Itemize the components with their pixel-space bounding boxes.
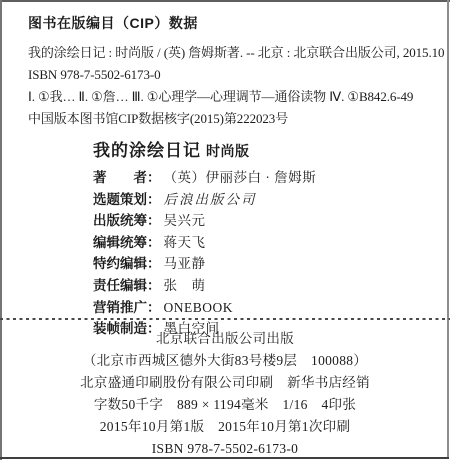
info-row-special-editor: 特约编辑： 马亚静: [93, 253, 316, 275]
info-label: 营销推广：: [93, 297, 161, 319]
info-label: 特约编辑：: [93, 253, 161, 275]
imprint-edition: 2015年10月第1版 2015年10月第1次印刷: [0, 416, 450, 438]
info-row-marketing: 营销推广： ONEBOOK: [93, 297, 316, 319]
cip-line-record-number: 中国版本图书馆CIP数据核字(2015)第222023号: [28, 108, 444, 130]
imprint-specs: 字数50千字 889 × 1194毫米 1/16 4印张: [0, 394, 450, 416]
info-row-planning: 选题策划： 后浪出版公司: [93, 189, 316, 211]
info-value: （英）伊丽莎白 · 詹姆斯: [164, 167, 317, 189]
dashed-separator: [0, 318, 450, 320]
imprint-block: 北京联合出版公司出版 （北京市西城区德外大街83号楼9层 100088） 北京盛…: [0, 328, 450, 460]
info-label: 选题策划：: [93, 189, 161, 211]
info-value: 蒋天飞: [164, 232, 206, 254]
imprint-address: （北京市西城区德外大街83号楼9层 100088）: [0, 350, 450, 372]
scan-frame-top: [0, 0, 450, 2]
book-subtitle: 时尚版: [206, 143, 250, 159]
book-title-line: 我的涂绘日记时尚版: [93, 136, 316, 161]
info-value: 马亚静: [164, 253, 206, 275]
info-label: 著 者：: [93, 167, 161, 189]
info-row-editing-coordinator: 编辑统筹： 蒋天飞: [93, 232, 316, 254]
imprint-printer-distributor: 北京盛通印刷股份有限公司印刷 新华书店经销: [0, 372, 450, 394]
info-label: 出版统筹：: [93, 210, 161, 232]
cip-line-classification: Ⅰ. ①我… Ⅱ. ①詹… Ⅲ. ①心理学—心理调节—通俗读物 Ⅳ. ①B842…: [28, 86, 444, 108]
copyright-page: 图书在版编目（CIP）数据 我的涂绘日记 : 时尚版 / (英) 詹姆斯著. -…: [0, 0, 450, 470]
bottom-rule: [0, 457, 449, 459]
info-label: 编辑统筹：: [93, 232, 161, 254]
cip-data-block: 图书在版编目（CIP）数据 我的涂绘日记 : 时尚版 / (英) 詹姆斯著. -…: [28, 13, 444, 130]
imprint-publisher: 北京联合出版公司出版: [0, 328, 450, 350]
cip-line-isbn: ISBN 978-7-5502-6173-0: [28, 64, 444, 86]
info-value: ONEBOOK: [164, 297, 234, 319]
info-row-responsible-editor: 责任编辑： 张 萌: [93, 275, 316, 297]
book-title: 我的涂绘日记: [93, 141, 201, 160]
info-label: 责任编辑：: [93, 275, 161, 297]
info-value: 张 萌: [164, 275, 206, 297]
cip-line-title: 我的涂绘日记 : 时尚版 / (英) 詹姆斯著. -- 北京 : 北京联合出版公…: [28, 42, 444, 64]
info-value-publisher-logotype: 后浪出版公司: [164, 189, 257, 211]
info-row-publishing-coordinator: 出版统筹： 吴兴元: [93, 210, 316, 232]
info-row-author: 著 者： （英）伊丽莎白 · 詹姆斯: [93, 167, 316, 189]
book-info-block: 我的涂绘日记时尚版 著 者： （英）伊丽莎白 · 詹姆斯 选题策划： 后浪出版公…: [93, 136, 316, 340]
info-value: 吴兴元: [164, 210, 206, 232]
cip-header: 图书在版编目（CIP）数据: [28, 13, 444, 33]
